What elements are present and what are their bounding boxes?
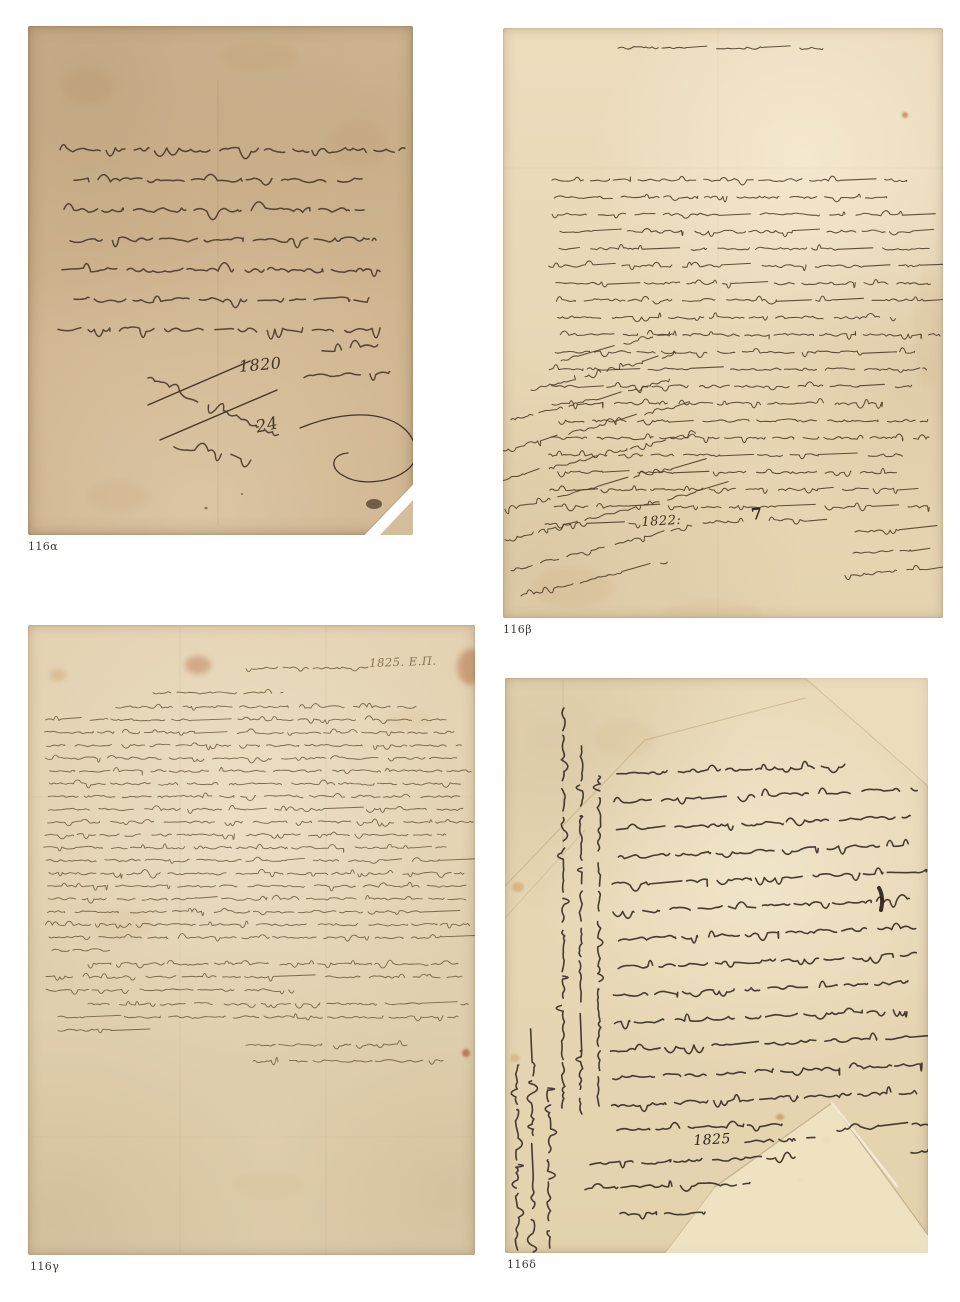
handwritten-year-1820: 1820 xyxy=(238,353,282,376)
manuscript-figure-116d: 1825 116δ xyxy=(505,678,928,1271)
handwriting-116d xyxy=(505,678,928,1253)
handwritten-year-1822: 1822: xyxy=(641,513,682,530)
handwritten-numeral-7: 7 xyxy=(750,504,764,524)
figure-caption-116b: 116β xyxy=(503,623,943,636)
handwritten-dateline-1825: 1825. Ε.Π. xyxy=(369,654,437,670)
manuscript-paper-116d: 1825 xyxy=(505,678,928,1253)
handwriting-116a xyxy=(28,26,413,535)
manuscript-figure-116a: 1820 24 116α xyxy=(28,26,413,553)
handwritten-year-1825: 1825 xyxy=(693,1131,731,1149)
figure-caption-116c: 116γ xyxy=(30,1260,475,1273)
plate-page: 1820 24 116α 1822: 7 116β 1825. Ε.Π. 116… xyxy=(0,0,960,1302)
manuscript-paper-116a: 1820 24 xyxy=(28,26,413,535)
handwriting-116c xyxy=(28,625,475,1255)
manuscript-paper-116b: 1822: 7 xyxy=(503,28,943,618)
handwriting-116b xyxy=(503,28,943,618)
manuscript-figure-116c: 1825. Ε.Π. 116γ xyxy=(28,625,475,1273)
figure-caption-116d: 116δ xyxy=(507,1258,928,1271)
manuscript-paper-116c: 1825. Ε.Π. xyxy=(28,625,475,1255)
figure-caption-116a: 116α xyxy=(28,540,413,553)
manuscript-figure-116b: 1822: 7 116β xyxy=(503,28,943,636)
